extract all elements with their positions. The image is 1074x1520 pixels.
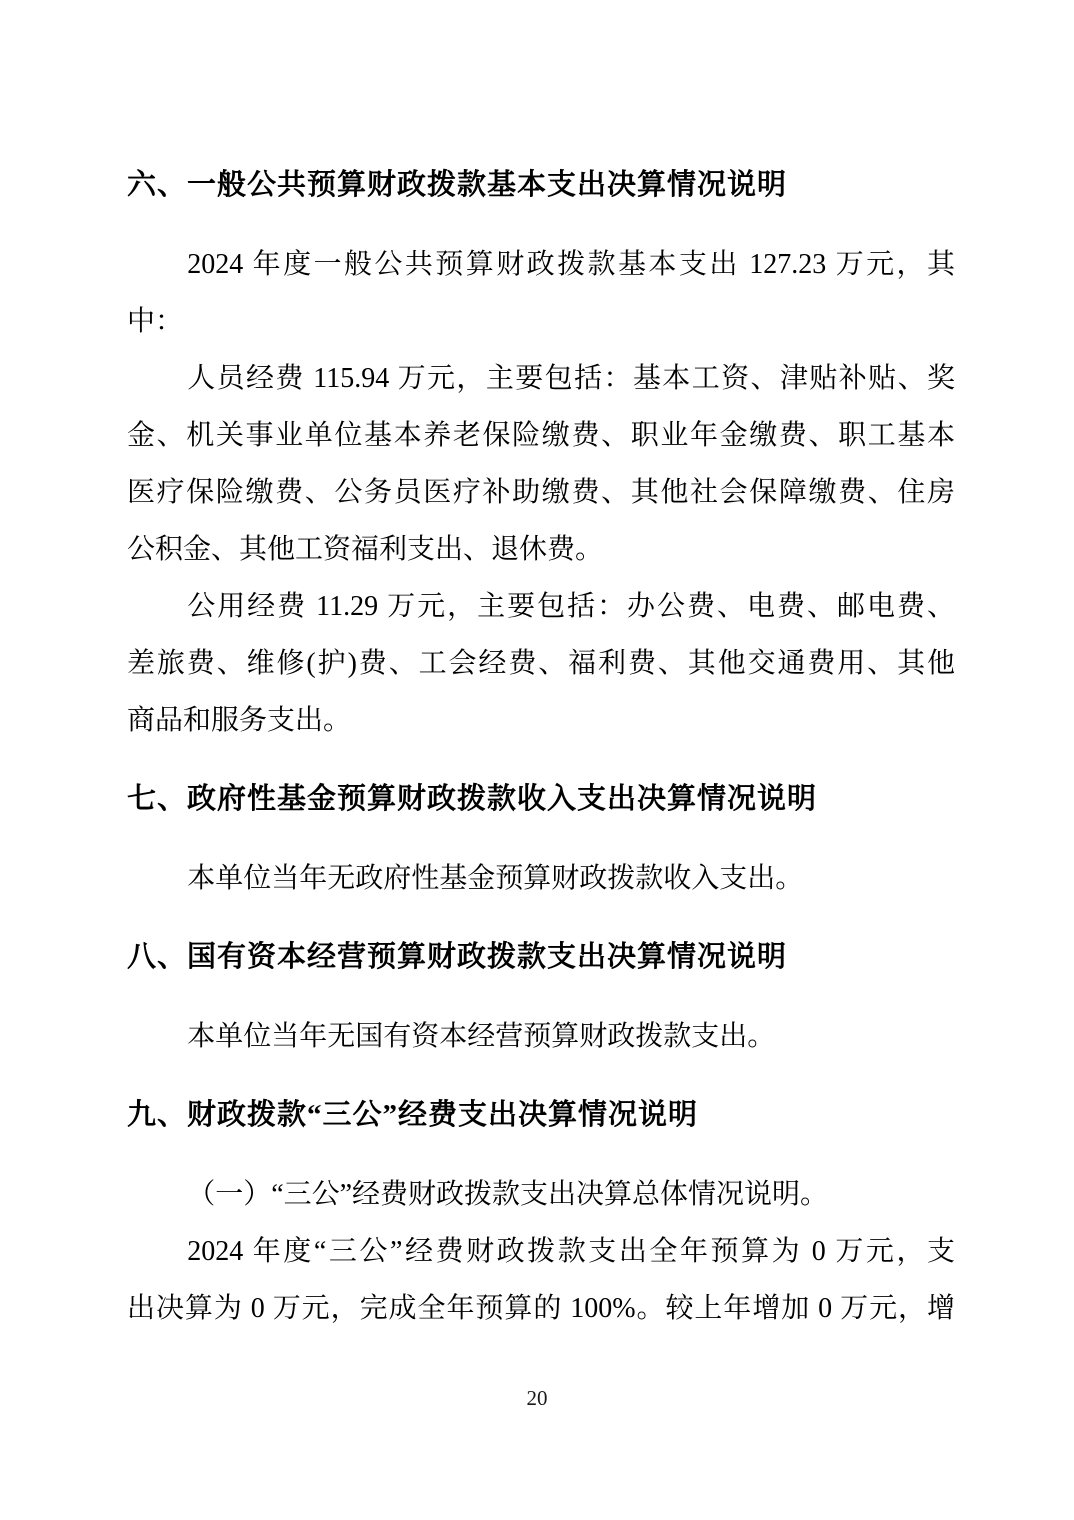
section-heading: 六、一般公共预算财政拨款基本支出决算情况说明 [127, 157, 955, 214]
paragraph-line: 公积金、其他工资福利支出、退休费。 [127, 521, 955, 578]
paragraph-line: 中： [127, 293, 955, 350]
paragraph-line: 医疗保险缴费、公务员医疗补助缴费、其他社会保障缴费、住房 [127, 464, 955, 521]
paragraph-line: 商品和服务支出。 [127, 692, 955, 749]
paragraph-line: 本单位当年无政府性基金预算财政拨款收入支出。 [127, 850, 955, 907]
document-body: 六、一般公共预算财政拨款基本支出决算情况说明2024 年度一般公共预算财政拨款基… [127, 157, 955, 1337]
document-page: 六、一般公共预算财政拨款基本支出决算情况说明2024 年度一般公共预算财政拨款基… [0, 0, 1074, 1520]
paragraph-line: 2024 年度“三公”经费财政拨款支出全年预算为 0 万元，支 [127, 1223, 955, 1280]
section-heading: 八、国有资本经营预算财政拨款支出决算情况说明 [127, 929, 955, 986]
section-heading: 九、财政拨款“三公”经费支出决算情况说明 [127, 1087, 955, 1144]
paragraph-line: 2024 年度一般公共预算财政拨款基本支出 127.23 万元，其 [127, 236, 955, 293]
section-heading: 七、政府性基金预算财政拨款收入支出决算情况说明 [127, 771, 955, 828]
paragraph-line: 本单位当年无国有资本经营预算财政拨款支出。 [127, 1008, 955, 1065]
paragraph-line: 出决算为 0 万元，完成全年预算的 100%。较上年增加 0 万元，增 [127, 1280, 955, 1337]
page-footer: 20 [0, 1386, 1074, 1411]
paragraph-line: 金、机关事业单位基本养老保险缴费、职业年金缴费、职工基本 [127, 407, 955, 464]
paragraph-line: （一）“三公”经费财政拨款支出决算总体情况说明。 [127, 1166, 955, 1223]
paragraph-line: 公用经费 11.29 万元，主要包括：办公费、电费、邮电费、 [127, 578, 955, 635]
paragraph-line: 差旅费、维修(护)费、工会经费、福利费、其他交通费用、其他 [127, 635, 955, 692]
page-number: 20 [527, 1386, 548, 1410]
paragraph-line: 人员经费 115.94 万元，主要包括：基本工资、津贴补贴、奖 [127, 350, 955, 407]
